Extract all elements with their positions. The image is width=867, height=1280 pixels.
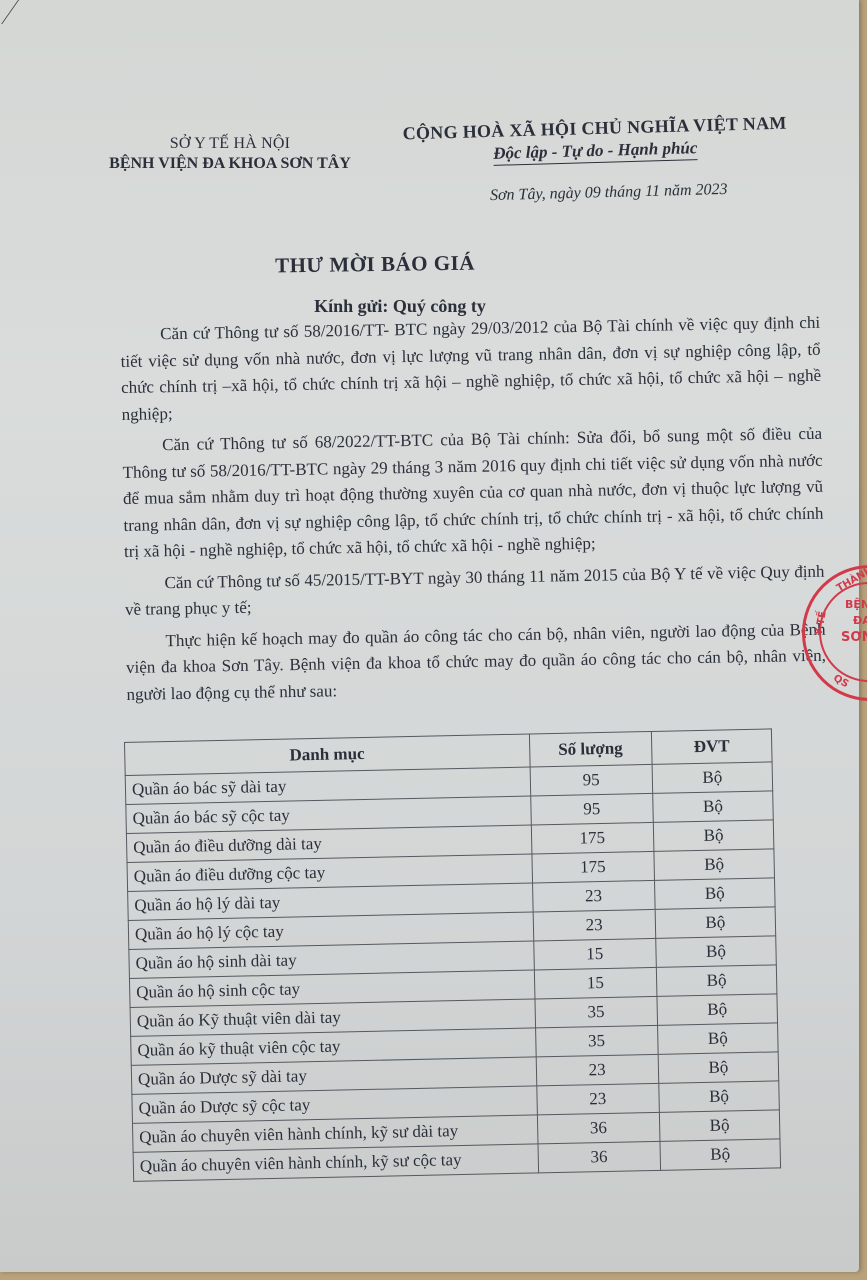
paragraph: Căn cứ Thông tư số 68/2022/TT-BTC của Bộ… [122,421,824,566]
unit-cell: Bộ [652,762,773,794]
organization-name: BỆNH VIỆN ĐA KHOA SƠN TÂY [80,155,380,173]
nation-title: CỘNG HOÀ XÃ HỘI CHỦ NGHĨA VIỆT NAM [384,112,804,145]
national-header: CỘNG HOÀ XÃ HỘI CHỦ NGHĨA VIỆT NAM Độc l… [384,112,805,169]
unit-cell: Bộ [659,1110,780,1142]
unit-cell: Bộ [657,1023,778,1055]
date-line: Sơn Tây, ngày 09 tháng 11 năm 2023 [490,181,728,205]
column-header-unit: ĐVT [651,729,772,765]
quantity-cell: 175 [531,851,654,883]
unit-cell: Bộ [655,907,776,939]
unit-cell: Bộ [654,849,775,881]
quantity-cell: 175 [531,822,654,854]
national-motto: Độc lập - Tự do - Hạnh phúc [493,138,698,166]
unit-cell: Bộ [660,1139,781,1171]
body-text: Căn cứ Thông tư số 58/2016/TT- BTC ngày … [120,310,827,713]
quantity-cell: 23 [532,880,655,912]
pen-mark [0,0,19,24]
stamp-text: ĐA K [853,614,867,627]
quantity-cell: 35 [535,1025,658,1057]
issuer-block: SỞ Y TẾ HÀ NỘI BỆNH VIỆN ĐA KHOA SƠN TÂY [80,135,380,173]
items-table: Danh mục Số lượng ĐVT Quần áo bác sỹ dài… [124,728,781,1181]
paragraph: Căn cứ Thông tư số 58/2016/TT- BTC ngày … [120,310,822,428]
table-body: Quần áo bác sỹ dài tay95BộQuần áo bác sỹ… [125,762,780,1181]
paragraph: Căn cứ Thông tư số 45/2015/TT-BYT ngày 3… [124,558,825,623]
unit-cell: Bộ [657,994,778,1026]
quantity-cell: 95 [530,764,653,796]
unit-cell: Bộ [653,791,774,823]
unit-cell: Bộ [656,965,777,997]
unit-cell: Bộ [656,936,777,968]
document-page: SỞ Y TẾ HÀ NỘI BỆNH VIỆN ĐA KHOA SƠN TÂY… [0,0,859,1272]
quantity-cell: 95 [530,793,653,825]
unit-cell: Bộ [653,820,774,852]
department-name: SỞ Y TẾ HÀ NỘI [80,135,380,153]
quantity-cell: 23 [533,909,656,941]
quantity-cell: 15 [533,938,656,970]
unit-cell: Bộ [658,1052,779,1084]
paragraph: Thực hiện kế hoạch may đo quần áo công t… [125,616,826,708]
quantity-cell: 23 [536,1054,659,1086]
column-header-quantity: Số lượng [529,731,652,767]
unit-cell: Bộ [659,1081,780,1113]
quantity-cell: 23 [536,1083,659,1115]
unit-cell: Bộ [654,878,775,910]
stamp-text: SƠN [841,630,867,645]
document-title: THƯ MỜI BÁO GIÁ [0,247,750,282]
quantity-cell: 15 [534,967,657,999]
stamp-text: BỆNH [845,598,867,611]
quantity-cell: 36 [537,1112,660,1144]
quantity-cell: 35 [534,996,657,1028]
quantity-cell: 36 [538,1141,661,1173]
